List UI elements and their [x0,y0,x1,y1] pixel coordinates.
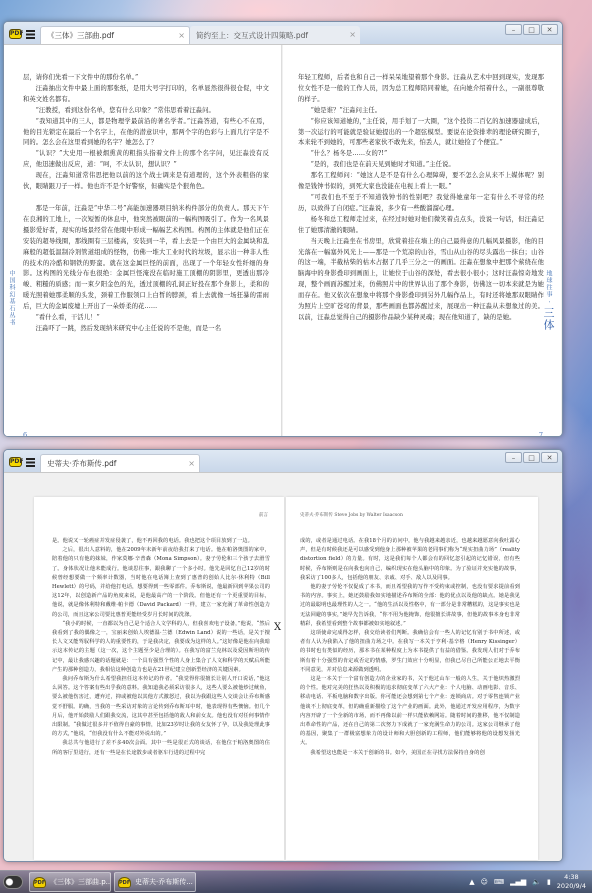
pdf-icon: PDF [118,877,131,888]
minimize-button[interactable]: – [505,24,522,35]
close-button[interactable]: ✕ [541,452,558,463]
start-button[interactable] [3,875,23,889]
clock[interactable]: 4:38 2020/9/4 [557,873,586,891]
taskbar-item-jobs[interactable]: PDF 史蒂夫·乔布斯传... [114,872,196,892]
battery-icon[interactable]: ▮ [547,878,551,886]
document-viewer[interactable]: 中国科幻基石丛书 层，请你们先看一下文件中的那份名单。” 汪淼抽出文件中最上面的… [4,44,562,436]
paragraph: “汪教授，看到这份名单，您有什么印象？”常伟思看着汪淼问。 [23,106,269,117]
title-bar[interactable]: PDF 史蒂夫·乔布斯传.pdf × – □ ✕ [4,450,562,472]
paragraph: 这项使命完成得怎样，我交给读者们判断。我确信会有一些人的记忆有别于书中所述，或者… [300,629,520,675]
user-icon[interactable]: ☺ [481,878,488,886]
menu-icon[interactable] [26,458,35,467]
paragraph: “可我们也不至于不知道钱钟书的性别吧？我觉得她童年一定有什么不寻常的经历，以致得… [298,193,544,215]
maximize-button[interactable]: □ [523,24,540,35]
pdf-page-right: 史蒂夫·乔布斯传 Steve Jobs by Walter Isaacson 成… [286,497,538,860]
page-number: 7 [539,431,543,437]
close-button[interactable]: ✕ [541,24,558,35]
page-body-text: 是。他说又一轮癌症并发症侵袭了，他不再回我的电话。我也把这个项目放到了一边。 之… [52,537,270,758]
tab-label: 简约至上：交互式设计四策略.pdf [196,30,308,41]
close-tab-icon[interactable]: × [349,30,356,39]
side-label-small: 地球往事 [545,270,552,298]
paragraph: 杨冬和总工程师走过来，在经过时她对他们微笑着点点头，没说一句话，但汪淼记住了她那… [298,215,544,237]
maximize-button[interactable]: □ [523,452,540,463]
paragraph: 汪淼吓了一跳，然后发现纳米研究中心主任说的不是他，而是一名 [23,324,269,335]
page-body-text: 成的，或者是通过电话。在我18个月的访问中，他与我越来越亲近，也越来越愿意向我吐… [300,537,520,758]
paragraph: 年轻工程师，后者也和自己一样呆呆地望着那个身影。汪淼从艺术中回到现实，发现那位女… [298,73,544,106]
pdf-app-icon[interactable]: PDF [9,29,22,39]
taskbar-item-label: 史蒂夫·乔布斯传... [135,877,193,887]
keyboard-icon[interactable]: ⌨ [494,878,504,886]
document-viewer[interactable]: 前言 是。他说又一轮癌症并发症侵袭了，他不再回我的电话。我也把这个项目放到了一边… [4,472,562,861]
pdf-page-right: 年轻工程师，后者也和自己一样呆呆地望着那个身影。汪淼从艺术中回到现实，发现那位女… [283,45,561,437]
system-tray: ▲ ☺ ⌨ ▂▄▆ 🔈 ▮ 4:38 2020/9/4 [469,873,592,891]
close-tab-icon[interactable]: × [188,459,195,468]
paragraph: 之后，很出人意料的，他在2009年末新年前夜给我打来了电话。他在帕洛奥图的家中，… [52,546,270,620]
volume-icon[interactable]: 🔈 [532,878,541,886]
taskbar-item-label: 《三体》三部曲.p... [50,877,111,887]
taskbar: PDF 《三体》三部曲.p... PDF 史蒂夫·乔布斯传... ▲ ☺ ⌨ ▂… [0,870,592,893]
paragraph: 这是一本关于一个富有创造力的企业家的书，关于他过山车一般的人生，关于他炽热激烈的… [300,675,520,749]
paragraph: “什么？杨冬是……女的?!” [298,149,544,160]
tab-jobs[interactable]: 史蒂夫·乔布斯传.pdf × [40,454,200,472]
window-controls: – □ ✕ [505,24,558,35]
pdf-reader-window-santi[interactable]: PDF 《三体》三部曲.pdf × 简约至上：交互式设计四策略.pdf × – … [3,21,563,437]
paragraph: 那是一年前，汪淼是“中华二号”高能加速器项目纳米构件部分的负责人。那天下午在良湘… [23,204,269,313]
pdf-icon: PDF [33,877,46,888]
paragraph: “她是谁？”汪淼问主任。 [298,106,544,117]
paragraph: “我小的时候，一直都以为自己是个适合人文学科的人，但我喜欢电子设备，”他说，“然… [52,620,270,675]
paragraph: 成的，或者是通过电话。在我18个月的访问中，他与我越来越亲近，也越来越愿意向我吐… [300,537,520,583]
paragraph: 那名工程师问：“她这人是不是有什么心理障碍，要不怎么会从来不上媒体呢？别像是钱钟… [298,171,544,193]
clock-time: 4:38 [557,873,586,882]
pdf-reader-window-jobs[interactable]: PDF 史蒂夫·乔布斯传.pdf × – □ ✕ 前言 是。他说又一轮癌症并发症… [3,449,563,862]
tab-santi[interactable]: 《三体》三部曲.pdf × [40,26,190,44]
paragraph: “你应该知道她的，”主任说，用手划了一大圈，“这个投资二百亿的加速器建成后，第一… [298,117,544,150]
menu-icon[interactable] [26,30,35,39]
clock-date: 2020/9/4 [557,882,586,891]
pdf-page-left: 前言 是。他说又一轮癌症并发症侵袭了，他不再回我的电话。我也把这个项目放到了一边… [34,497,284,860]
paragraph: 我希望这也能是一本关于创新的书。如今，美国正在寻找方法保持自身的创 [300,749,520,758]
side-label-dot: · [545,301,552,304]
book-side-label: 地球往事 · 三体 [540,270,556,331]
window-controls: – □ ✕ [505,452,558,463]
minimize-button[interactable]: – [505,452,522,463]
show-hidden-icon[interactable]: ▲ [469,878,474,886]
paragraph: 我问乔布斯为什么希望我担任这本传记的作者。“我觉得你很擅长让别人开口说话，”他这… [52,675,270,739]
paragraph: 我总共与他进行了差不多40次会面。其中一些是很正式的谈话，在他位于帕洛奥图的住所… [52,739,270,757]
tab-label: 史蒂夫·乔布斯传.pdf [47,458,116,469]
paragraph: 当天晚上汪淼坐在书房里，欣赏着挂在墙上的自己最得意的几幅风景摄影，他的目光落在一… [298,237,544,324]
paragraph: 汪淼抽出文件中最上面的那张纸，是用大号字打印的，名单显然很得很仓促，中文和英文姓… [23,84,269,106]
tab-jianyue[interactable]: 简约至上：交互式设计四策略.pdf × [190,26,360,44]
close-tab-icon[interactable]: × [178,31,185,40]
paragraph: “看什么看，干活儿！” [23,313,269,324]
running-head: 史蒂夫·乔布斯传 Steve Jobs by Walter Isaacson [300,512,403,518]
paragraph: “是的，我们也是在前天见到她时才知道。”主任说。 [298,160,544,171]
page-number: 6 [23,431,27,437]
side-label-big: 三体 [542,307,555,331]
running-head: 前言 [259,512,268,518]
paragraph: 现在，汪淼知道常伟思把他以前的这个战士调来是有道理的，这个外表粗俗的家伙，眼睛跟… [23,171,269,193]
paragraph: “认识？”大史用一根被烟熏黄的粗指头指着文件上的那个名字问，见汪淼没有反应，他迅… [23,149,269,171]
tab-label: 《三体》三部曲.pdf [47,30,114,41]
pdf-page-left: 中国科幻基石丛书 层，请你们先看一下文件中的那份名单。” 汪淼抽出文件中最上面的… [4,45,282,437]
paragraph: 是。他说又一轮癌症并发症侵袭了，他不再回我的电话。我也把这个项目放到了一边。 [52,537,270,546]
paragraph: 他的妻子劳伦不仅促成了本书，而且希望我的写作不受约束或控制，也没有要求提前看到书… [300,583,520,629]
series-side-label: 中国科幻基石丛书 [7,270,16,326]
title-bar[interactable]: PDF 《三体》三部曲.pdf × 简约至上：交互式设计四策略.pdf × – … [4,22,562,44]
paragraph: “我知道其中的三人，都是物理学最前沿的著名学者。”汪淼答道，有些心不在焉，他的目… [23,117,269,150]
signal-icon[interactable]: ▂▄▆ [510,878,526,886]
pdf-app-icon[interactable]: PDF [9,457,22,467]
page-body-text: 层，请你们先看一下文件中的那份名单。” 汪淼抽出文件中最上面的那张纸，是用大号字… [23,73,269,335]
paragraph: 层，请你们先看一下文件中的那份名单。” [23,73,269,84]
taskbar-item-santi[interactable]: PDF 《三体》三部曲.p... [29,872,111,892]
page-body-text: 年轻工程师，后者也和自己一样呆呆地望着那个身影。汪淼从艺术中回到现实，发现那位女… [298,73,544,324]
